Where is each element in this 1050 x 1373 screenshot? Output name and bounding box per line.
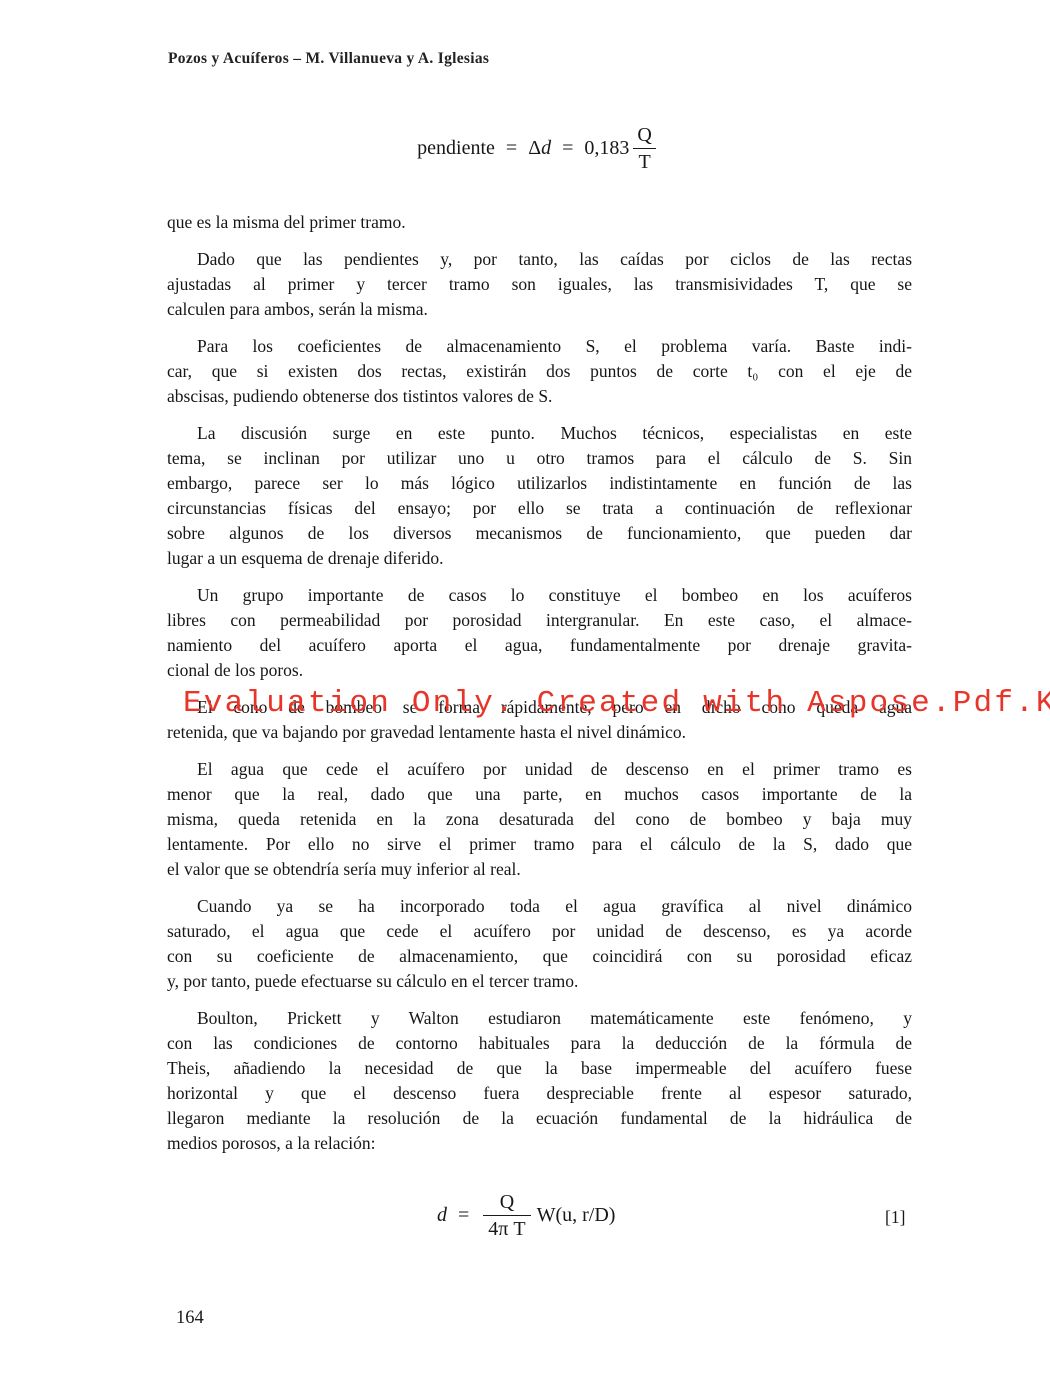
text-line: Theis, añadiendo la necesidad de que la … xyxy=(167,1056,912,1081)
paragraph: Boulton, Prickett y Walton estudiaron ma… xyxy=(167,1006,912,1156)
text-line: lugar a un esquema de drenaje diferido. xyxy=(167,546,912,571)
text-line: retenida, que va bajando por gravedad le… xyxy=(167,720,912,745)
d-variable: d xyxy=(541,137,551,159)
text-line: misma, queda retenida en la zona desatur… xyxy=(167,807,912,832)
text-line: embargo, parece ser lo más lógico utiliz… xyxy=(167,471,912,496)
text-line: medios porosos, a la relación: xyxy=(167,1131,912,1156)
coefficient: 0,183 xyxy=(584,137,629,160)
formula-drawdown: d = Q 4π T W(u, r/D) xyxy=(437,1190,615,1241)
paragraph: que es la misma del primer tramo. xyxy=(167,210,912,235)
formula-pendiente: pendiente = Δd = 0,183 Q T xyxy=(0,123,1050,174)
text-line: La discusión surge en este punto. Muchos… xyxy=(167,421,912,446)
text-line: sobre algunos de los diversos mecanismos… xyxy=(167,521,912,546)
equals-sign: = xyxy=(506,137,517,160)
text-line: Dado que las pendientes y, por tanto, la… xyxy=(167,247,912,272)
text-line: llegaron mediante la resolución de la ec… xyxy=(167,1106,912,1131)
text-line: horizontal y que el descenso fuera despr… xyxy=(167,1081,912,1106)
text-line: car, que si existen dos rectas, existirá… xyxy=(167,359,912,384)
fraction-denominator: 4π T xyxy=(483,1215,530,1241)
text-line: lentamente. Por ello no sirve el primer … xyxy=(167,832,912,857)
paragraph: El cono de bombeo se forma rápidamente, … xyxy=(167,695,912,745)
document-page: Pozos y Acuíferos – M. Villanueva y A. I… xyxy=(0,0,1050,1373)
paragraph: Cuando ya se ha incorporado toda el agua… xyxy=(167,894,912,994)
text-line: circunstancias físicas del ensayo; por e… xyxy=(167,496,912,521)
text-line: Para los coeficientes de almacenamiento … xyxy=(167,334,912,359)
d-variable: d xyxy=(437,1204,447,1227)
text-line: y, por tanto, puede efectuarse su cálcul… xyxy=(167,969,912,994)
text-line: saturado, el agua que cede el acuífero p… xyxy=(167,919,912,944)
running-header: Pozos y Acuíferos – M. Villanueva y A. I… xyxy=(168,50,489,68)
text-line: Un grupo importante de casos lo constitu… xyxy=(167,583,912,608)
delta-d-term: Δd xyxy=(528,137,551,160)
text-line: el valor que se obtendría sería muy infe… xyxy=(167,857,912,882)
text-line: namiento del acuífero aporta el agua, fu… xyxy=(167,633,912,658)
fraction-numerator: Q xyxy=(632,123,656,148)
paragraph: El agua que cede el acuífero por unidad … xyxy=(167,757,912,882)
text-line: El agua que cede el acuífero por unidad … xyxy=(167,757,912,782)
paragraph: Dado que las pendientes y, por tanto, la… xyxy=(167,247,912,322)
delta-symbol: Δ xyxy=(528,137,541,159)
fraction-numerator: Q xyxy=(495,1190,519,1215)
text-line: con las condiciones de contorno habitual… xyxy=(167,1031,912,1056)
equation-reference: [1] xyxy=(885,1207,905,1228)
paragraph: Un grupo importante de casos lo constitu… xyxy=(167,583,912,683)
text-line: que es la misma del primer tramo. xyxy=(167,210,912,235)
text-line: con su coeficiente de almacenamiento, qu… xyxy=(167,944,912,969)
paragraph: La discusión surge en este punto. Muchos… xyxy=(167,421,912,571)
text-line: ajustadas al primer y tercer tramo son i… xyxy=(167,272,912,297)
text-line: Cuando ya se ha incorporado toda el agua… xyxy=(167,894,912,919)
text-line: cional de los poros. xyxy=(167,658,912,683)
text-line: tema, se inclinan por utilizar uno u otr… xyxy=(167,446,912,471)
text-line: abscisas, pudiendo obtenerse dos tistint… xyxy=(167,384,912,409)
fraction-q-over-4pit: Q 4π T xyxy=(483,1190,530,1241)
body-text: que es la misma del primer tramo.Dado qu… xyxy=(167,210,912,1168)
text-line: calculen para ambos, serán la misma. xyxy=(167,297,912,322)
formula-label: pendiente xyxy=(417,137,495,160)
equals-sign: = xyxy=(562,137,573,160)
fraction-denominator: T xyxy=(633,148,655,174)
page-number: 164 xyxy=(176,1308,204,1329)
well-function-term: W(u, r/D) xyxy=(537,1204,616,1227)
equals-sign: = xyxy=(458,1204,469,1227)
text-line: El cono de bombeo se forma rápidamente, … xyxy=(167,695,912,720)
text-line: libres con permeabilidad por porosidad i… xyxy=(167,608,912,633)
text-line: menor que la real, dado que una parte, e… xyxy=(167,782,912,807)
paragraph: Para los coeficientes de almacenamiento … xyxy=(167,334,912,409)
text-line: Boulton, Prickett y Walton estudiaron ma… xyxy=(167,1006,912,1031)
fraction-q-over-t: Q T xyxy=(632,123,656,174)
